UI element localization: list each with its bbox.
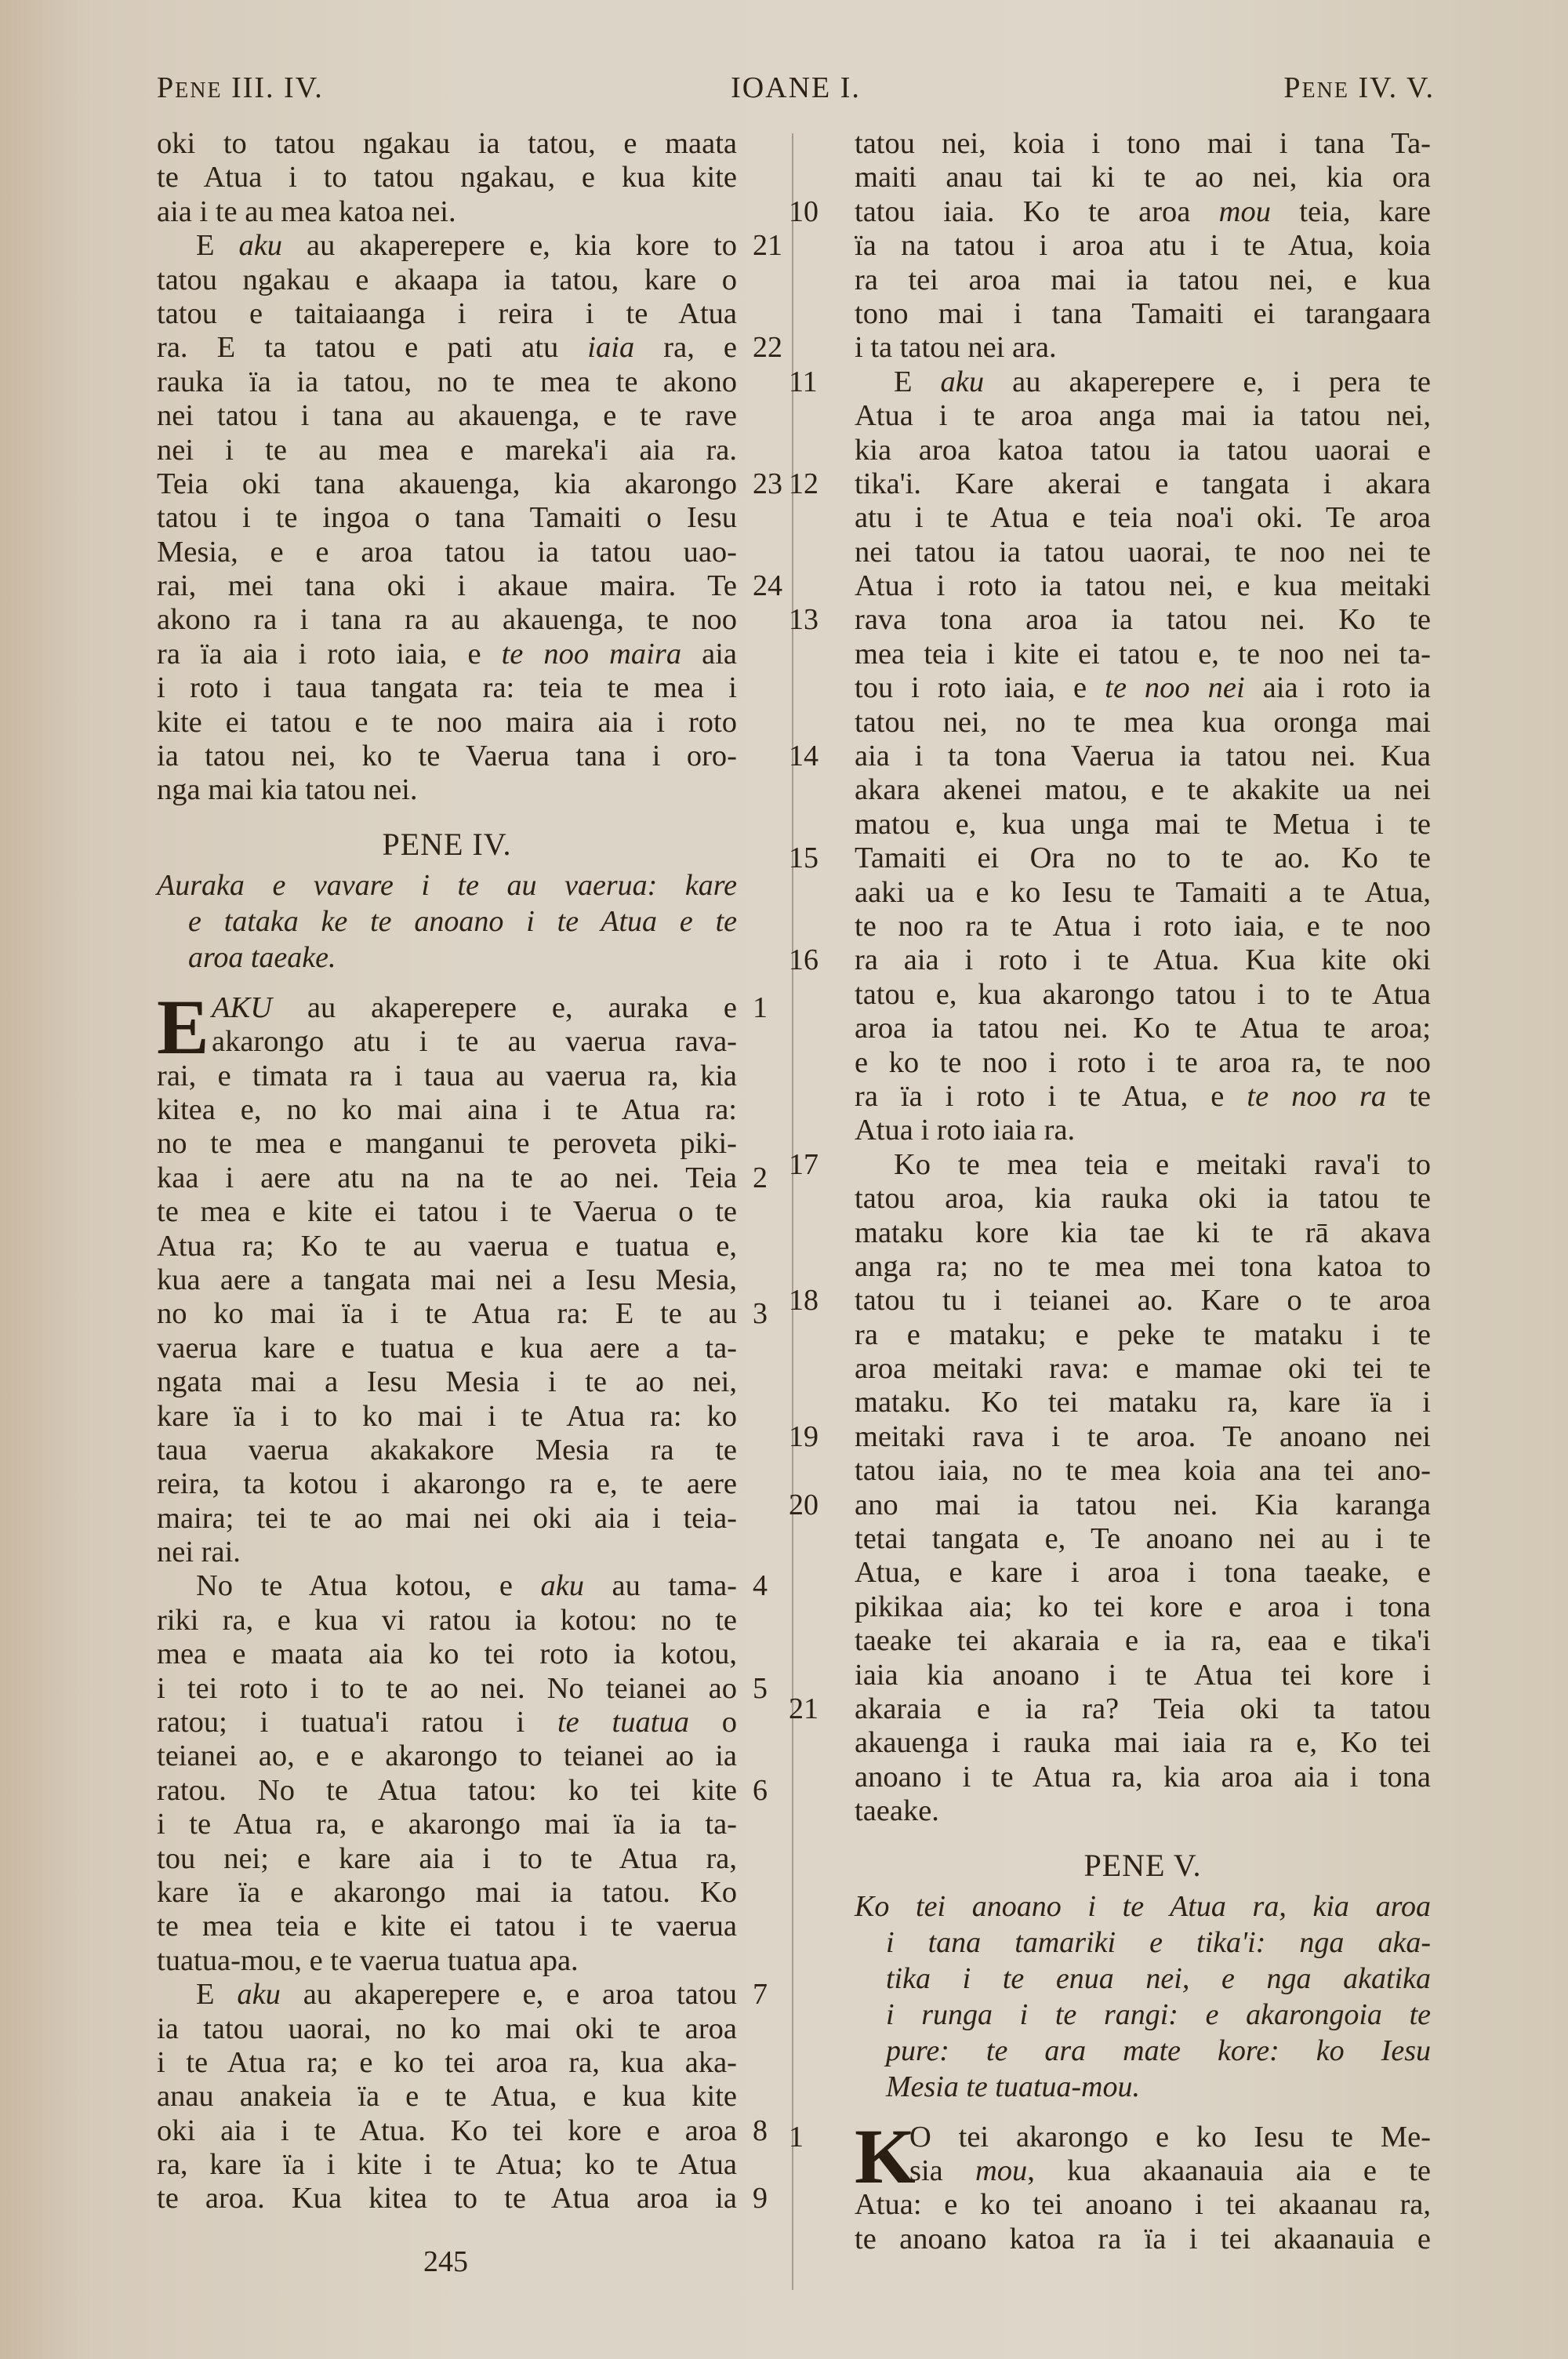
line-text: kite ei tatou e te noo maira aia i roto [157, 706, 737, 739]
line-text: taeake. [855, 1794, 939, 1827]
line-text: te noo ra te Atua i roto iaia, e te noo [855, 910, 1431, 943]
line-text: tuatua-mou, e te vaerua tuatua apa. [157, 1944, 579, 1977]
line-text: aia i ta tona Vaerua ia tatou nei. Kua [855, 740, 1431, 772]
chapter-iv-opening: E AKU au akaperepere e, auraka e1akarong… [157, 991, 737, 1060]
line-text: nga mai kia tatou nei. [157, 773, 418, 806]
line-text: matou e, kua unga mai te Metua i te [855, 808, 1431, 841]
line-text: mea e maata aia ko tei roto ia kotou, [157, 1637, 737, 1670]
left-column: oki to tatou ngakau ia tatou, e maatate … [157, 127, 737, 2216]
text-line: nei tatou ia tatou uaorai, te noo nei te [855, 536, 1431, 569]
line-text: tatou tu i teianei ao. Kare o te aroa [855, 1284, 1431, 1317]
line-text: E aku au akaperepere e, kia kore to [196, 229, 737, 262]
text-line: mataku. Ko tei mataku ra, kare ïa i [855, 1386, 1431, 1419]
text-line: taeake. [855, 1794, 1431, 1828]
text-line: ratou; i tuatua'i ratou i te tuatua o [157, 1706, 737, 1739]
line-text: taua vaerua akakakore Mesia ra te [157, 1434, 737, 1467]
text-line: tatou iaia. Ko te aroa mou teia, kare10 [855, 195, 1431, 229]
text-line: tatou e taitaiaanga i reira i te Atua [157, 297, 737, 331]
text-line: akara akenei matou, e te akakite ua nei [855, 773, 1431, 807]
text-line: rai, mei tana oki i akaue maira. Te24 [157, 569, 737, 603]
line-text: te aroa. Kua kitea to te Atua aroa ia [157, 2182, 737, 2215]
text-line: tatou e, kua akarongo tatou i to te Atua [855, 978, 1431, 1012]
text-line: matou e, kua unga mai te Metua i te [855, 808, 1431, 841]
line-text: Atua i roto iaia ra. [855, 1114, 1075, 1147]
text-line: anga ra; no te mea mei tona katoa to [855, 1250, 1431, 1284]
line-text: ra, kare ïa i kite i te Atua; ko te Atua [157, 2148, 737, 2181]
line-text: te mea e kite ei tatou i te Vaerua o te [157, 1195, 737, 1228]
line-text: taeake tei akaraia e ia ra, eaa e tika'i [855, 1624, 1431, 1657]
line-text: aia i te au mea katoa nei. [157, 195, 456, 228]
line-text: tatou nei, koia i tono mai i tana Ta- [855, 127, 1431, 160]
chapter-summary-line: pure: te ara mate kore: ko Iesu [855, 2033, 1431, 2069]
verse-number: 9 [753, 2182, 792, 2215]
line-text: ra tei aroa mai ia tatou nei, e kua [855, 264, 1431, 296]
text-line: nga mai kia tatou nei. [157, 773, 737, 807]
line-text: tatou aroa, kia rauka oki ia tatou te [855, 1182, 1431, 1215]
line-text: tatou e, kua akarongo tatou i to te Atua [855, 978, 1431, 1011]
verse-number: 14 [789, 740, 836, 773]
right-column-text-part2: Atua: e ko tei anoano i tei akaanau ra,t… [855, 2188, 1431, 2256]
line-text: nei i te au mea e mareka'i aia ra. [157, 434, 737, 467]
line-text: tatou nei, no te mea kua oronga mai [855, 706, 1431, 739]
line-text: ra ïa aia i roto iaia, e te noo maira ai… [157, 638, 737, 671]
verse-number: 6 [753, 1774, 792, 1808]
verse-number: 17 [789, 1148, 836, 1182]
line-text: no te mea e manganui te peroveta piki- [157, 1127, 737, 1160]
text-line: ra aia i roto i te Atua. Kua kite oki16 [855, 943, 1431, 977]
line-text: ra ïa i roto i te Atua, e te noo ra te [855, 1080, 1431, 1113]
text-line: ratou. No te Atua tatou: ko tei kite6 [157, 1774, 737, 1808]
text-line: Tamaiti ei Ora no to te ao. Ko te15 [855, 841, 1431, 875]
text-line: ano mai ia tatou nei. Kia karanga20 [855, 1488, 1431, 1522]
text-line: tou i roto iaia, e te noo nei aia i roto… [855, 671, 1431, 705]
text-line: e ko te noo i roto i te aroa ra, te noo [855, 1046, 1431, 1080]
line-text: tatou i te ingoa o tana Tamaiti o Iesu [157, 501, 737, 534]
text-line: ra ïa i roto i te Atua, e te noo ra te [855, 1080, 1431, 1114]
text-line: te mea e kite ei tatou i te Vaerua o te [157, 1195, 737, 1229]
line-text: reira, ta kotou i akarongo ra e, te aere [157, 1467, 737, 1500]
column-divider [792, 133, 793, 2290]
text-line: oki to tatou ngakau ia tatou, e maata [157, 127, 737, 161]
line-text: sia mou, kua akaanauia aia e te [909, 2154, 1431, 2187]
line-text: i te Atua ra, e akarongo mai ïa ia ta- [157, 1808, 737, 1841]
verse-number: 22 [753, 331, 792, 365]
text-line: rai, e timata ra i taua au vaerua ra, ki… [157, 1060, 737, 1093]
line-text: rai, e timata ra i taua au vaerua ra, ki… [157, 1060, 737, 1092]
line-text: rava tona aroa ia tatou nei. Ko te [855, 603, 1431, 636]
text-line: Mesia, e e aroa tatou ia tatou uao- [157, 536, 737, 569]
line-text: i te Atua ra; e ko tei aroa ra, kua aka- [157, 2046, 737, 2079]
verse-number: 11 [789, 365, 836, 399]
text-line: mea teia i kite ei tatou e, te noo nei t… [855, 638, 1431, 671]
text-line: te Atua i to tatou ngakau, e kua kite [157, 161, 737, 194]
text-line: E aku au akaperepere e, e aroa tatou7 [157, 1978, 737, 2012]
text-line: akaraia e ia ra? Teia oki ta tatou21 [855, 1692, 1431, 1726]
text-line: akauenga i rauka mai iaia ra e, Ko tei [855, 1726, 1431, 1760]
line-text: ra e mataku; e peke te mataku i te [855, 1318, 1431, 1351]
text-line: tatou tu i teianei ao. Kare o te aroa18 [855, 1284, 1431, 1318]
text-line: tatou ngakau e akaapa ia tatou, kare o [157, 264, 737, 297]
verse-number: 12 [789, 467, 836, 501]
text-line: te noo ra te Atua i roto iaia, e te noo [855, 910, 1431, 943]
line-text: anau anakeia ïa e te Atua, e kua kite [157, 2080, 737, 2113]
text-line: tatou iaia, no te mea koia ana tei ano- [855, 1454, 1431, 1488]
chapter-summary-line: tika i te enua nei, e nga akatika [855, 1961, 1431, 1997]
text-line: ra tei aroa mai ia tatou nei, e kua [855, 264, 1431, 297]
text-line: tatou nei, koia i tono mai i tana Ta- [855, 127, 1431, 161]
line-text: tetai tangata e, Te anoano nei au i te [855, 1522, 1431, 1555]
line-text: tika'i. Kare akerai e tangata i akara [855, 467, 1431, 500]
text-line: Atua i roto iaia ra. [855, 1114, 1431, 1147]
verse-number: 23 [753, 467, 792, 501]
line-text: Atua i roto ia tatou nei, e kua meitaki [855, 569, 1431, 602]
text-line: tou nei; e kare aia i to te Atua ra, [157, 1842, 737, 1876]
text-line: atu i te Atua e teia noa'i oki. Te aroa [855, 501, 1431, 535]
line-text: te mea teia e kite ei tatou i te vaerua [157, 1910, 737, 1943]
chapter-iv-summary: Auraka e vavare i te au vaerua: karee ta… [157, 867, 737, 976]
line-text: i tei roto i to te ao nei. No teianei ao [157, 1672, 737, 1705]
line-text: Atua ra; Ko te au vaerua e tuatua e, [157, 1230, 737, 1263]
line-text: ra aia i roto i te Atua. Kua kite oki [855, 943, 1431, 976]
text-line: Atua: e ko tei anoano i tei akaanau ra, [855, 2188, 1431, 2222]
left-column-text-part2: rai, e timata ra i taua au vaerua ra, ki… [157, 1060, 737, 2216]
text-line: Atua ra; Ko te au vaerua e tuatua e, [157, 1230, 737, 1263]
text-line: no te mea e manganui te peroveta piki- [157, 1127, 737, 1161]
text-line: E aku au akaperepere e, i pera te11 [855, 365, 1431, 399]
line-text: aaki ua e ko Iesu te Tamaiti a te Atua, [855, 876, 1431, 909]
verse-number: 15 [789, 841, 836, 875]
chapter-v-opening: K O tei akarongo e ko Iesu te Me-1sia mo… [855, 2121, 1431, 2189]
line-text: akono ra i tana ra au akauenga, te noo [157, 603, 737, 636]
text-line: AKU au akaperepere e, auraka e1 [157, 991, 737, 1025]
text-line: vaerua kare e tuatua e kua aere a ta- [157, 1332, 737, 1365]
verse-number: 13 [789, 603, 836, 637]
line-text: i ta tatou nei ara. [855, 331, 1057, 364]
line-text: ano mai ia tatou nei. Kia karanga [855, 1488, 1431, 1521]
line-text: tatou iaia, no te mea koia ana tei ano- [855, 1454, 1431, 1487]
line-text: meitaki rava i te aroa. Te anoano nei [855, 1420, 1431, 1453]
text-line: kare ïa i to ko mai i te Atua ra: ko [157, 1400, 737, 1434]
line-text: vaerua kare e tuatua e kua aere a ta- [157, 1332, 737, 1365]
text-line: tatou i te ingoa o tana Tamaiti o Iesu [157, 501, 737, 535]
line-text: atu i te Atua e teia noa'i oki. Te aroa [855, 501, 1431, 534]
line-text: E aku au akaperepere e, i pera te [894, 365, 1431, 398]
line-text: aroa meitaki rava: e mamae oki tei te [855, 1352, 1431, 1385]
text-line: Atua i te aroa anga mai ia tatou nei, [855, 399, 1431, 433]
line-text: riki ra, e kua vi ratou ia kotou: no te [157, 1604, 737, 1637]
line-text: oki aia i te Atua. Ko tei kore e aroa [157, 2114, 737, 2147]
text-line: mea e maata aia ko tei roto ia kotou, [157, 1637, 737, 1671]
text-line: pikikaa aia; ko tei kore e aroa i tona [855, 1590, 1431, 1624]
line-text: mataku. Ko tei mataku ra, kare ïa i [855, 1386, 1431, 1419]
text-line: rauka ïa ia tatou, no te mea te akono [157, 365, 737, 399]
text-line: te anoano katoa ra ïa i tei akaanauia e [855, 2223, 1431, 2256]
text-line: tatou aroa, kia rauka oki ia tatou te [855, 1182, 1431, 1216]
line-text: teianei ao, e e akarongo to teianei ao i… [157, 1739, 737, 1772]
line-text: Atua, e kare i aroa i tona taeake, e [855, 1556, 1431, 1589]
text-line: E aku au akaperepere e, kia kore to21 [157, 229, 737, 263]
chapter-v-summary: Ko tei anoano i te Atua ra, kia aroai ta… [855, 1888, 1431, 2105]
line-text: akara akenei matou, e te akakite ua nei [855, 773, 1431, 806]
line-text: ra. E ta tatou e pati atu iaia ra, e [157, 331, 737, 364]
chapter-summary-line: aroa taeake. [157, 940, 737, 976]
verse-number: 5 [753, 1672, 792, 1706]
text-line: tika'i. Kare akerai e tangata i akara12 [855, 467, 1431, 501]
line-text: mea teia i kite ei tatou e, te noo nei t… [855, 638, 1431, 671]
line-text: No te Atua kotou, e aku au tama- [196, 1569, 737, 1602]
line-text: kua aere a tangata mai nei a Iesu Mesia, [157, 1263, 737, 1296]
text-line: aroa meitaki rava: e mamae oki tei te [855, 1352, 1431, 1386]
line-text: iaia kia anoano i te Atua tei kore i [855, 1659, 1431, 1692]
text-line: iaia kia anoano i te Atua tei kore i [855, 1659, 1431, 1692]
line-text: rauka ïa ia tatou, no te mea te akono [157, 365, 737, 398]
verse-number: 1 [789, 2121, 836, 2154]
text-line: akono ra i tana ra au akauenga, te noo [157, 603, 737, 637]
text-line: aia i ta tona Vaerua ia tatou nei. Kua14 [855, 740, 1431, 773]
verse-number: 4 [753, 1569, 792, 1603]
text-line: i ta tatou nei ara. [855, 331, 1431, 365]
text-line: i tei roto i to te ao nei. No teianei ao… [157, 1672, 737, 1706]
text-line: i roto i taua tangata ra: teia te mea i [157, 671, 737, 705]
text-line: nei tatou i tana au akauenga, e te rave [157, 399, 737, 433]
verse-number: 10 [789, 195, 836, 229]
line-text: tatou ngakau e akaapa ia tatou, kare o [157, 264, 737, 296]
text-line: kare ïa e akarongo mai ia tatou. Ko [157, 1876, 737, 1910]
right-column-text-part1: tatou nei, koia i tono mai i tana Ta-mai… [855, 127, 1431, 1829]
text-line: tono mai i tana Tamaiti ei tarangaara [855, 297, 1431, 331]
text-line: i te Atua ra; e ko tei aroa ra, kua aka- [157, 2046, 737, 2080]
verse-number: 21 [789, 1692, 836, 1726]
text-line: maiti anau tai ki te ao nei, kia ora [855, 161, 1431, 194]
line-text: kare ïa i to ko mai i te Atua ra: ko [157, 1400, 737, 1433]
text-line: anau anakeia ïa e te Atua, e kua kite [157, 2080, 737, 2114]
line-text: i roto i taua tangata ra: teia te mea i [157, 671, 737, 704]
text-line: Ko te mea teia e meitaki rava'i to17 [855, 1148, 1431, 1182]
verse-number: 18 [789, 1284, 836, 1318]
text-line: nei i te au mea e mareka'i aia ra. [157, 434, 737, 467]
line-text: e ko te noo i roto i te aroa ra, te noo [855, 1046, 1431, 1079]
verse-number: 8 [753, 2114, 792, 2148]
text-line: Teia oki tana akauenga, kia akarongo23 [157, 467, 737, 501]
chapter-summary-line: i tana tamariki e tika'i: nga aka- [855, 1925, 1431, 1961]
line-text: oki to tatou ngakau ia tatou, e maata [157, 127, 737, 160]
chapter-summary-line: Auraka e vavare i te au vaerua: kare [157, 867, 737, 903]
line-text: mataku kore kia tae ki te rā akava [855, 1216, 1431, 1249]
line-text: tou i roto iaia, e te noo nei aia i roto… [855, 671, 1431, 704]
line-text: akaraia e ia ra? Teia oki ta tatou [855, 1692, 1431, 1725]
chapter-heading-iv: PENE IV. [157, 822, 737, 867]
line-text: rai, mei tana oki i akaue maira. Te [157, 569, 737, 602]
text-line: No te Atua kotou, e aku au tama-4 [157, 1569, 737, 1603]
line-text: nei tatou ia tatou uaorai, te noo nei te [855, 536, 1431, 569]
line-text: O tei akarongo e ko Iesu te Me- [909, 2121, 1431, 2154]
line-text: tatou e taitaiaanga i reira i te Atua [157, 297, 737, 330]
line-text: tono mai i tana Tamaiti ei tarangaara [855, 297, 1431, 330]
line-text: AKU au akaperepere e, auraka e [212, 991, 737, 1024]
line-text: aroa ia tatou nei. Ko te Atua te aroa; [855, 1012, 1431, 1045]
verse-number: 19 [789, 1420, 836, 1454]
text-line: sia mou, kua akaanauia aia e te [855, 2154, 1431, 2188]
verse-number: 2 [753, 1161, 792, 1195]
line-text: Teia oki tana akauenga, kia akarongo [157, 467, 737, 500]
text-line: ra. E ta tatou e pati atu iaia ra, e22 [157, 331, 737, 365]
line-text: te anoano katoa ra ïa i tei akaanauia e [855, 2223, 1431, 2255]
text-line: maira; tei te ao mai nei oki aia i teia- [157, 1502, 737, 1536]
line-text: Ko te mea teia e meitaki rava'i to [894, 1148, 1431, 1181]
running-head-book-title: IOANE I. [157, 71, 1435, 105]
text-line: tatou nei, no te mea kua oronga mai [855, 706, 1431, 740]
line-text: E aku au akaperepere e, e aroa tatou [196, 1978, 737, 2011]
text-line: aia i te au mea katoa nei. [157, 195, 737, 229]
text-line: taua vaerua akakakore Mesia ra te [157, 1434, 737, 1467]
line-text: maiti anau tai ki te ao nei, kia ora [855, 161, 1431, 194]
text-line: aaki ua e ko Iesu te Tamaiti a te Atua, [855, 876, 1431, 910]
line-text: anga ra; no te mea mei tona katoa to [855, 1250, 1431, 1283]
text-line: kitea e, no ko mai aina i te Atua ra: [157, 1093, 737, 1127]
text-line: riki ra, e kua vi ratou ia kotou: no te [157, 1604, 737, 1637]
line-text: ia tatou uaorai, no ko mai oki te aroa [157, 2012, 737, 2045]
verse-number: 7 [753, 1978, 792, 2012]
text-line: ra e mataku; e peke te mataku i te [855, 1318, 1431, 1352]
text-line: ra, kare ïa i kite i te Atua; ko te Atua [157, 2148, 737, 2182]
line-text: pikikaa aia; ko tei kore e aroa i tona [855, 1590, 1431, 1623]
left-column-text-part1: oki to tatou ngakau ia tatou, e maatate … [157, 127, 737, 808]
text-line: meitaki rava i te aroa. Te anoano nei19 [855, 1420, 1431, 1454]
text-line: oki aia i te Atua. Ko tei kore e aroa8 [157, 2114, 737, 2148]
line-text: te Atua i to tatou ngakau, e kua kite [157, 161, 737, 194]
right-column: tatou nei, koia i tono mai i tana Ta-mai… [855, 127, 1431, 2256]
text-line: kaa i aere atu na na te ao nei. Teia2 [157, 1161, 737, 1195]
chapter-heading-v: PENE V. [855, 1843, 1431, 1888]
text-line: te aroa. Kua kitea to te Atua aroa ia9 [157, 2182, 737, 2215]
line-text: akarongo atu i te au vaerua rava- [212, 1025, 737, 1058]
chapter-summary-line: e tataka ke te anoano i te Atua e te [157, 903, 737, 940]
text-line: reira, ta kotou i akarongo ra e, te aere [157, 1467, 737, 1501]
text-line: rava tona aroa ia tatou nei. Ko te13 [855, 603, 1431, 637]
text-line: O tei akarongo e ko Iesu te Me-1 [855, 2121, 1431, 2154]
text-line: tuatua-mou, e te vaerua tuatua apa. [157, 1944, 737, 1978]
text-line: ïa na tatou i aroa atu i te Atua, koia [855, 229, 1431, 263]
line-text: kare ïa e akarongo mai ia tatou. Ko [157, 1876, 737, 1909]
line-text: tatou iaia. Ko te aroa mou teia, kare [855, 195, 1431, 228]
running-head-right: PENE IV. V. [1283, 71, 1435, 105]
chapter-summary-line: Ko tei anoano i te Atua ra, kia aroa [855, 1888, 1431, 1925]
text-line: ra ïa aia i roto iaia, e te noo maira ai… [157, 638, 737, 671]
line-text: nei tatou i tana au akauenga, e te rave [157, 399, 737, 432]
verse-number: 1 [753, 991, 792, 1025]
verse-number: 21 [753, 229, 792, 263]
chapter-summary-line: Mesia te tuatua-mou. [855, 2069, 1431, 2105]
text-line: no ko mai ïa i te Atua ra: E te au3 [157, 1297, 737, 1331]
verse-number: 24 [753, 569, 792, 603]
text-line: te mea teia e kite ei tatou i te vaerua [157, 1910, 737, 1943]
line-text: maira; tei te ao mai nei oki aia i teia- [157, 1502, 737, 1535]
line-text: anoano i te Atua ra, kia aroa aia i tona [855, 1761, 1431, 1794]
text-line: taeake tei akaraia e ia ra, eaa e tika'i [855, 1624, 1431, 1658]
running-head: PENE III. IV. IOANE I. PENE IV. V. [157, 71, 1435, 110]
text-line: tetai tangata e, Te anoano nei au i te [855, 1522, 1431, 1556]
text-line: kua aere a tangata mai nei a Iesu Mesia, [157, 1263, 737, 1297]
chapter-summary-line: i runga i te rangi: e akarongoia te [855, 1997, 1431, 2033]
text-line: ngata mai a Iesu Mesia i te ao nei, [157, 1365, 737, 1399]
verse-number: 3 [753, 1297, 792, 1331]
text-line: ia tatou uaorai, no ko mai oki te aroa [157, 2012, 737, 2046]
text-line: ia tatou nei, ko te Vaerua tana i oro- [157, 740, 737, 773]
text-line: teianei ao, e e akarongo to teianei ao i… [157, 1739, 737, 1773]
text-line: kite ei tatou e te noo maira aia i roto [157, 706, 737, 740]
line-text: tou nei; e kare aia i to te Atua ra, [157, 1842, 737, 1875]
line-text: Tamaiti ei Ora no to te ao. Ko te [855, 841, 1431, 874]
line-text: Mesia, e e aroa tatou ia tatou uao- [157, 536, 737, 569]
line-text: Atua: e ko tei anoano i tei akaanau ra, [855, 2188, 1431, 2221]
text-line: kia aroa katoa tatou ia tatou uaorai e [855, 434, 1431, 467]
line-text: Atua i te aroa anga mai ia tatou nei, [855, 399, 1431, 432]
line-text: kitea e, no ko mai aina i te Atua ra: [157, 1093, 737, 1126]
line-text: ratou. No te Atua tatou: ko tei kite [157, 1774, 737, 1807]
line-text: ratou; i tuatua'i ratou i te tuatua o [157, 1706, 737, 1739]
text-line: Atua i roto ia tatou nei, e kua meitaki [855, 569, 1431, 603]
line-text: kia aroa katoa tatou ia tatou uaorai e [855, 434, 1431, 467]
text-line: akarongo atu i te au vaerua rava- [157, 1025, 737, 1059]
text-line: i te Atua ra, e akarongo mai ïa ia ta- [157, 1808, 737, 1841]
text-line: anoano i te Atua ra, kia aroa aia i tona [855, 1761, 1431, 1794]
verse-number: 20 [789, 1488, 836, 1522]
text-line: aroa ia tatou nei. Ko te Atua te aroa; [855, 1012, 1431, 1045]
line-text: ia tatou nei, ko te Vaerua tana i oro- [157, 740, 737, 772]
text-line: Atua, e kare i aroa i tona taeake, e [855, 1556, 1431, 1590]
line-text: no ko mai ïa i te Atua ra: E te au [157, 1297, 737, 1330]
line-text: akauenga i rauka mai iaia ra e, Ko tei [855, 1726, 1431, 1759]
verse-number: 16 [789, 943, 836, 977]
line-text: ngata mai a Iesu Mesia i te ao nei, [157, 1365, 737, 1398]
line-text: kaa i aere atu na na te ao nei. Teia [157, 1161, 737, 1194]
line-text: nei rai. [157, 1536, 241, 1568]
page-number: 245 [423, 2245, 468, 2279]
text-line: nei rai. [157, 1536, 737, 1569]
line-text: ïa na tatou i aroa atu i te Atua, koia [855, 229, 1431, 262]
text-line: mataku kore kia tae ki te rā akava [855, 1216, 1431, 1250]
